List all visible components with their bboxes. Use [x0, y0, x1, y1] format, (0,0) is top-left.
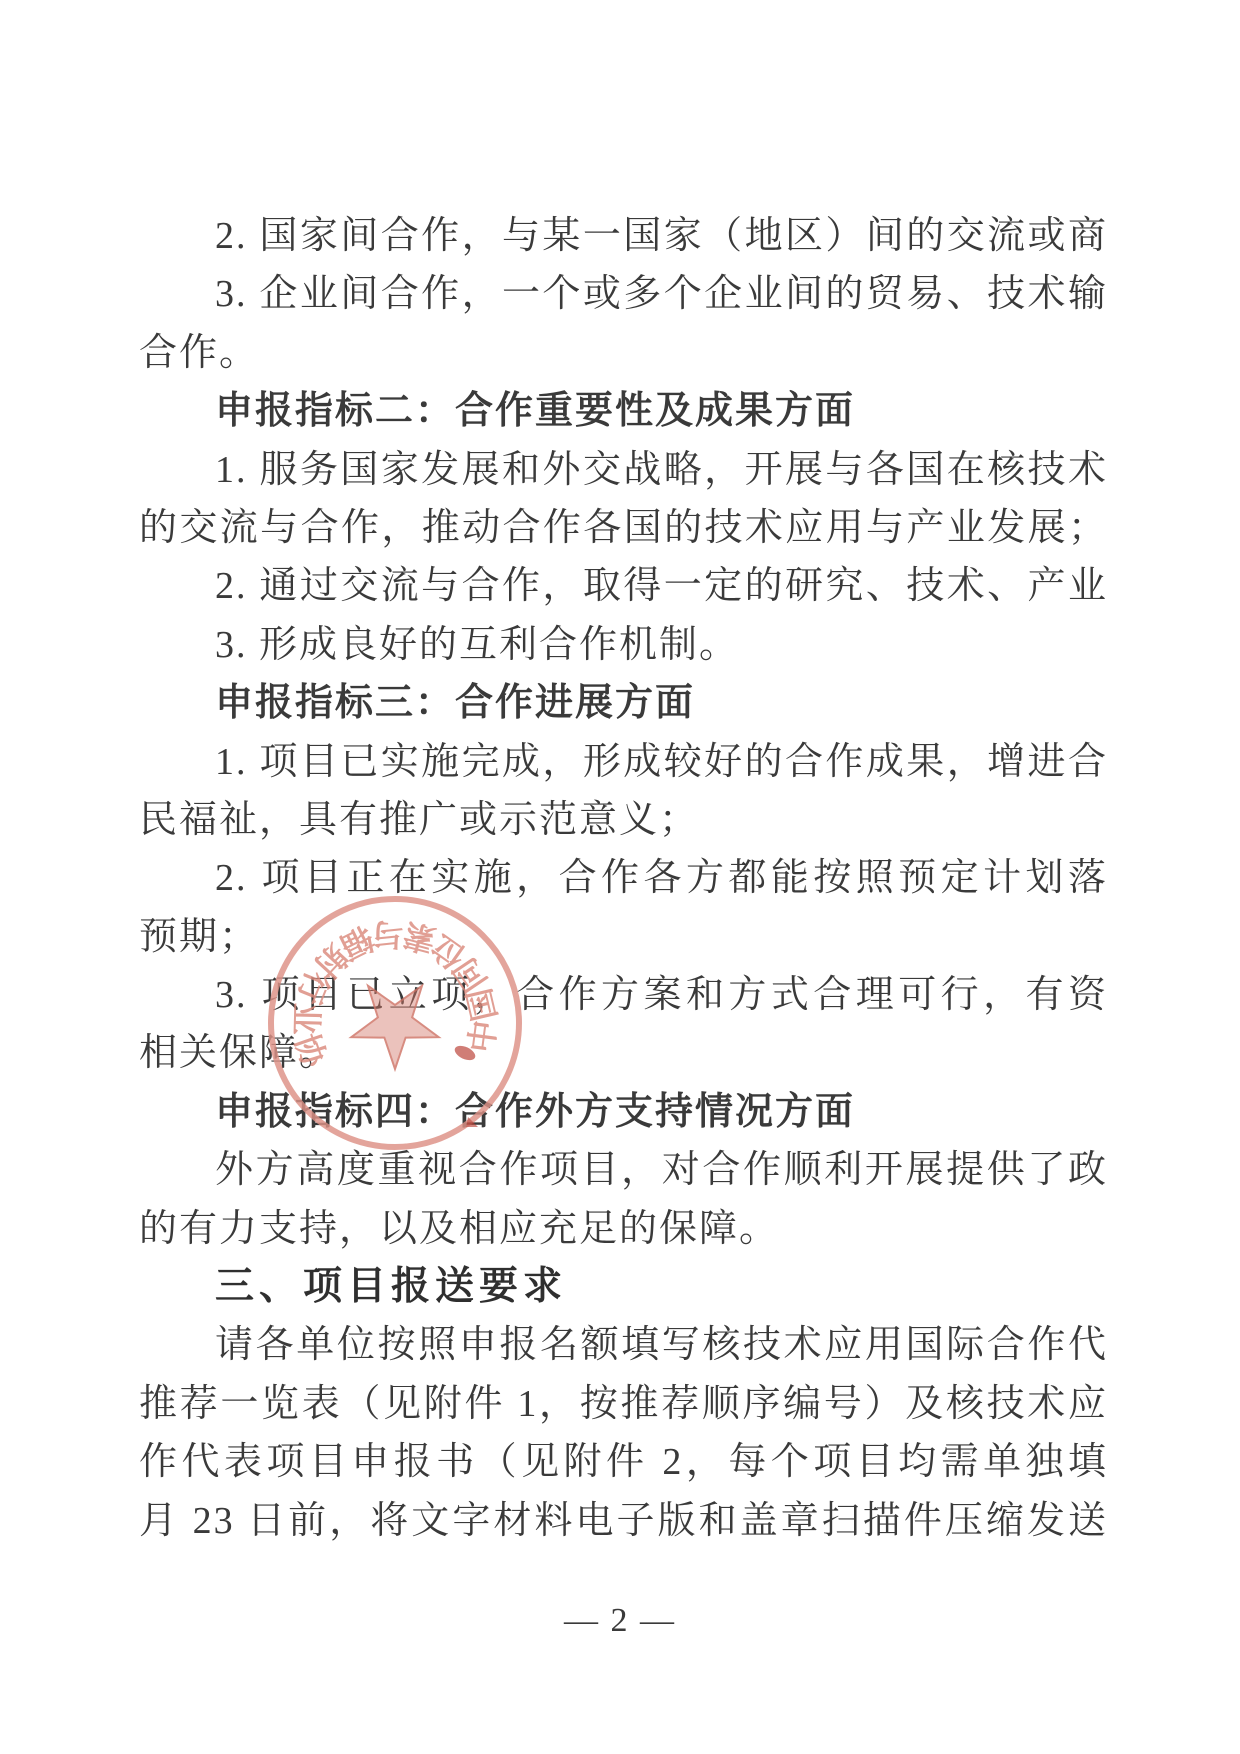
document-line: 3. 项目已立项，合作方案和方式合理可行，有资金、人员等 — [139, 966, 1108, 1024]
document-page: 2. 国家间合作，与某一国家（地区）间的交流或商务合作； 3. 企业间合作，一个… — [0, 0, 1240, 1754]
document-line: 相关保障。 — [139, 1024, 1108, 1082]
page-number: — 2 — — [0, 1602, 1240, 1640]
document-line: 的有力支持，以及相应充足的保障。 — [139, 1200, 1108, 1258]
document-line: 外方高度重视合作项目，对合作顺利开展提供了政策、资源 — [139, 1141, 1108, 1199]
document-line: 3. 企业间合作，一个或多个企业间的贸易、技术输出等商务 — [139, 265, 1108, 323]
document-body: 2. 国家间合作，与某一国家（地区）间的交流或商务合作； 3. 企业间合作，一个… — [139, 207, 1108, 1550]
document-line: 的交流与合作，推动合作各国的技术应用与产业发展； — [139, 499, 1108, 557]
document-line: 合作。 — [139, 324, 1108, 382]
document-line: 请各单位按照申报名额填写核技术应用国际合作代表项目 — [139, 1316, 1108, 1374]
document-line: 作代表项目申报书（见附件 2，每个项目均需单独填写），于 9 — [139, 1433, 1108, 1491]
section-heading: 申报指标二：合作重要性及成果方面 — [139, 382, 1108, 440]
document-line: 2. 通过交流与合作，取得一定的研究、技术、产业成果； — [139, 557, 1108, 615]
section-heading-major: 三、项目报送要求 — [139, 1258, 1108, 1316]
section-heading: 申报指标三：合作进展方面 — [139, 674, 1108, 732]
document-line: 2. 国家间合作，与某一国家（地区）间的交流或商务合作； — [139, 207, 1108, 265]
section-heading: 申报指标四：合作外方支持情况方面 — [139, 1083, 1108, 1141]
document-line: 1. 项目已实施完成，形成较好的合作成果，增进合作国家人 — [139, 733, 1108, 791]
document-line: 2. 项目正在实施，合作各方都能按照预定计划落实，目标可 — [139, 849, 1108, 907]
document-line: 3. 形成良好的互利合作机制。 — [139, 616, 1108, 674]
document-line: 民福祉，具有推广或示范意义； — [139, 791, 1108, 849]
document-line: 1. 服务国家发展和外交战略，开展与各国在核技术应用领域 — [139, 441, 1108, 499]
document-line: 月 23 日前，将文字材料电子版和盖章扫描件压缩发送至协会邮 — [139, 1492, 1108, 1550]
document-line: 预期； — [139, 908, 1108, 966]
document-line: 推荐一览表（见附件 1，按推荐顺序编号）及核技术应用国际合 — [139, 1375, 1108, 1433]
